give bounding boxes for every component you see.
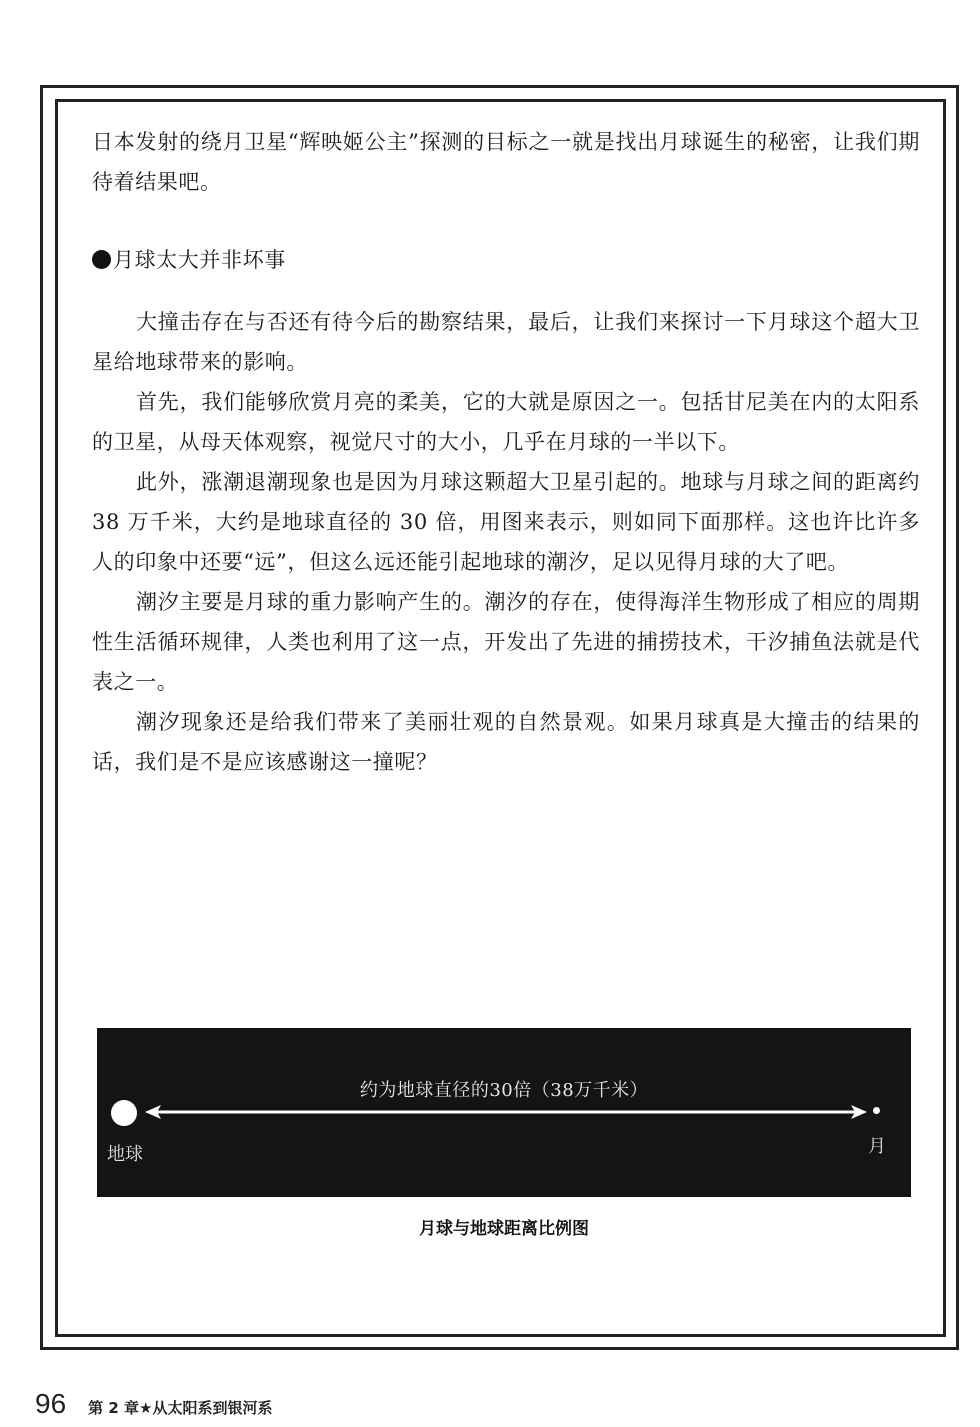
page-footer: 96 第 2 章★从太阳系到银河系 [35, 1388, 273, 1420]
paragraph: 潮汐主要是月球的重力影响产生的。潮汐的存在，使得海洋生物形成了相应的周期性生活循… [92, 582, 920, 702]
section-heading-text: 月球太大并非坏事 [113, 248, 286, 272]
moon-icon [873, 1107, 880, 1114]
paragraph: 大撞击存在与否还有待今后的勘察结果，最后，让我们来探讨一下月球这个超大卫星给地球… [92, 302, 920, 382]
section-heading: 月球太大并非坏事 [92, 240, 920, 280]
earth-icon [111, 1100, 137, 1126]
article-body: 日本发射的绕月卫星“辉映姬公主”探测的目标之一就是找出月球诞生的秘密，让我们期待… [92, 122, 920, 782]
bullet-icon [92, 250, 111, 269]
earth-moon-distance-diagram: 约为地球直径的30倍（38万千米） 地球 月 [97, 1028, 911, 1197]
double-arrow-icon [145, 1104, 867, 1120]
paragraph: 此外，涨潮退潮现象也是因为月球这颗超大卫星引起的。地球与月球之间的距离约 38 … [92, 462, 920, 582]
page-number: 96 [35, 1388, 66, 1420]
intro-paragraph: 日本发射的绕月卫星“辉映姬公主”探测的目标之一就是找出月球诞生的秘密，让我们期待… [92, 122, 920, 202]
paragraph: 潮汐现象还是给我们带来了美丽壮观的自然景观。如果月球真是大撞击的结果的话，我们是… [92, 702, 920, 782]
diagram-caption: 月球与地球距离比例图 [97, 1214, 911, 1239]
earth-label: 地球 [107, 1140, 143, 1166]
chapter-title: 第 2 章★从太阳系到银河系 [88, 1397, 272, 1418]
paragraph: 首先，我们能够欣赏月亮的柔美，它的大就是原因之一。包括甘尼美在内的太阳系的卫星，… [92, 382, 920, 462]
distance-label: 约为地球直径的30倍（38万千米） [97, 1076, 911, 1102]
moon-label: 月 [868, 1132, 886, 1158]
